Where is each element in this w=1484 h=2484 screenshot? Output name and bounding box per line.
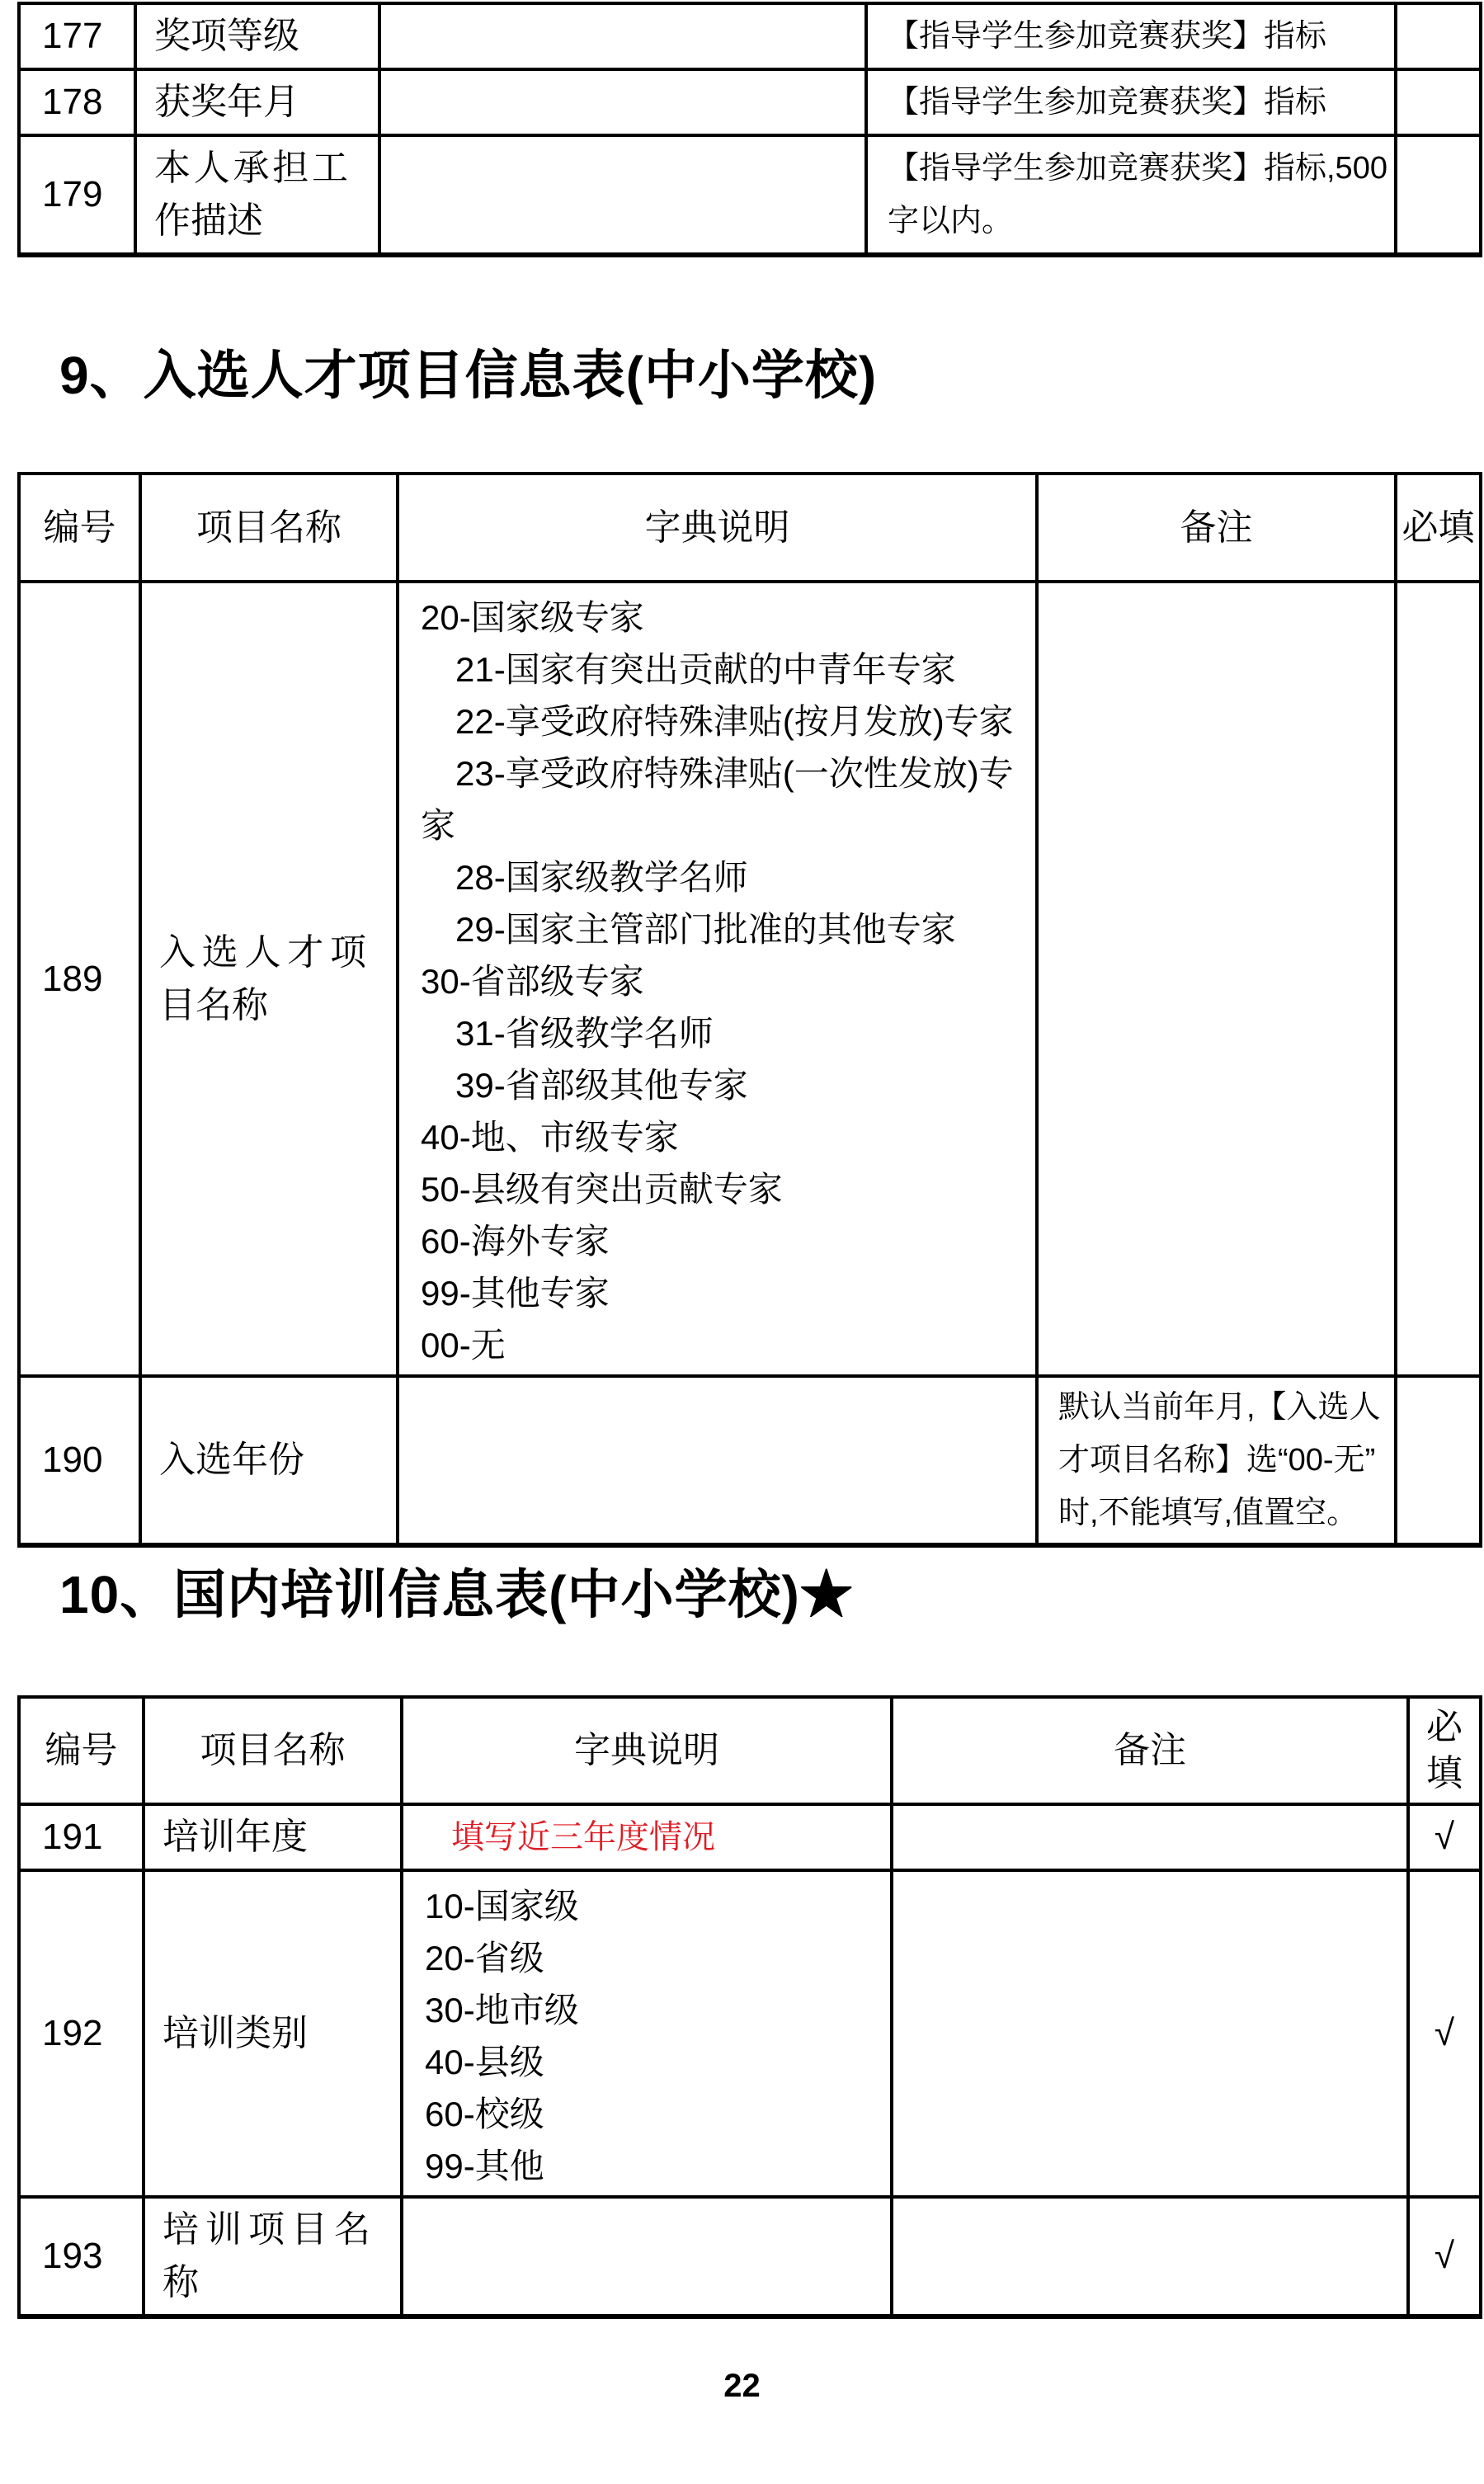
row-id: 189 xyxy=(19,582,140,1376)
dict-cell xyxy=(402,2197,892,2317)
domestic-training-table: 编号 项目名称 字典说明 备注 必填 191 培训年度 填写近三年度情况 √ 1… xyxy=(17,1695,1482,2319)
note-cell xyxy=(892,1804,1408,1870)
row-id: 192 xyxy=(19,1870,144,2197)
col-header-note: 备注 xyxy=(1037,474,1396,582)
required-checkmark: √ xyxy=(1408,1870,1481,2197)
item-name: 奖项等级 xyxy=(135,3,379,69)
required-checkmark: √ xyxy=(1408,1804,1481,1870)
row-id: 190 xyxy=(19,1376,140,1545)
document-page: 177 奖项等级 【指导学生参加竞赛获奖】指标 178 获奖年月 【指导学生参加… xyxy=(0,0,1484,2484)
note-cell: 默认当前年月,【入选人 才项目名称】选“00-无” 时,不能填写,值置空。 xyxy=(1037,1376,1396,1545)
table-row: 177 奖项等级 【指导学生参加竞赛获奖】指标 xyxy=(19,3,1481,69)
required-checkmark: √ xyxy=(1408,2197,1481,2317)
note-cell: 【指导学生参加竞赛获奖】指标 xyxy=(866,3,1396,69)
table-row: 179 本人承担工作描述 【指导学生参加竞赛获奖】指标,500 字以内。 xyxy=(19,135,1481,255)
dict-cell: 10-国家级 20-省级 30-地市级 40-县级 60-校级 99-其他 xyxy=(402,1870,892,2197)
section-9-heading: 9、入选人才项目信息表(中小学校) xyxy=(59,346,877,404)
table-row: 191 培训年度 填写近三年度情况 √ xyxy=(19,1804,1481,1870)
talent-project-table: 编号 项目名称 字典说明 备注 必填 189 入选人才项目名称 20-国家级专家… xyxy=(17,472,1482,1548)
required-cell xyxy=(1396,69,1481,135)
note-cell: 【指导学生参加竞赛获奖】指标,500 字以内。 xyxy=(866,135,1396,255)
note-cell xyxy=(1037,582,1396,1376)
table-header-row: 编号 项目名称 字典说明 备注 必填 xyxy=(19,1697,1481,1804)
item-name: 本人承担工作描述 xyxy=(135,135,379,255)
col-header-note: 备注 xyxy=(892,1697,1408,1804)
required-cell xyxy=(1396,1376,1481,1545)
section-10-heading: 10、国内培训信息表(中小学校)★ xyxy=(59,1566,854,1624)
col-header-required: 必填 xyxy=(1396,474,1481,582)
note-cell: 【指导学生参加竞赛获奖】指标 xyxy=(866,69,1396,135)
table-row: 178 获奖年月 【指导学生参加竞赛获奖】指标 xyxy=(19,69,1481,135)
dict-note-red: 填写近三年度情况 xyxy=(402,1804,892,1870)
dict-cell xyxy=(379,3,866,69)
col-header-id: 编号 xyxy=(19,1697,144,1804)
table-header-row: 编号 项目名称 字典说明 备注 必填 xyxy=(19,474,1481,582)
item-name: 培训类别 xyxy=(144,1870,402,2197)
col-header-dict: 字典说明 xyxy=(402,1697,892,1804)
dict-cell: 20-国家级专家 21-国家有突出贡献的中青年专家 22-享受政府特殊津贴(按月… xyxy=(398,582,1037,1376)
table-row: 193 培训项目名称 √ xyxy=(19,2197,1481,2317)
item-name: 获奖年月 xyxy=(135,69,379,135)
row-id: 193 xyxy=(19,2197,144,2317)
table-row: 192 培训类别 10-国家级 20-省级 30-地市级 40-县级 60-校级… xyxy=(19,1870,1481,2197)
table-row: 190 入选年份 默认当前年月,【入选人 才项目名称】选“00-无” 时,不能填… xyxy=(19,1376,1481,1545)
col-header-dict: 字典说明 xyxy=(398,474,1037,582)
note-cell xyxy=(892,2197,1408,2317)
dict-cell xyxy=(398,1376,1037,1545)
dict-cell xyxy=(379,135,866,255)
required-cell xyxy=(1396,135,1481,255)
required-cell xyxy=(1396,582,1481,1376)
row-id: 191 xyxy=(19,1804,144,1870)
item-name: 培训年度 xyxy=(144,1804,402,1870)
item-name: 入选年份 xyxy=(140,1376,398,1545)
dict-cell xyxy=(379,69,866,135)
table-row: 189 入选人才项目名称 20-国家级专家 21-国家有突出贡献的中青年专家 2… xyxy=(19,582,1481,1376)
col-header-required: 必填 xyxy=(1408,1697,1481,1804)
required-cell xyxy=(1396,3,1481,69)
note-cell xyxy=(892,1870,1408,2197)
row-id: 179 xyxy=(19,135,135,255)
row-id: 177 xyxy=(19,3,135,69)
item-name: 培训项目名称 xyxy=(144,2197,402,2317)
col-header-name: 项目名称 xyxy=(140,474,398,582)
col-header-id: 编号 xyxy=(19,474,140,582)
col-header-name: 项目名称 xyxy=(144,1697,402,1804)
awards-table-continued: 177 奖项等级 【指导学生参加竞赛获奖】指标 178 获奖年月 【指导学生参加… xyxy=(17,2,1482,257)
item-name: 入选人才项目名称 xyxy=(140,582,398,1376)
page-number: 22 xyxy=(0,2368,1484,2405)
row-id: 178 xyxy=(19,69,135,135)
